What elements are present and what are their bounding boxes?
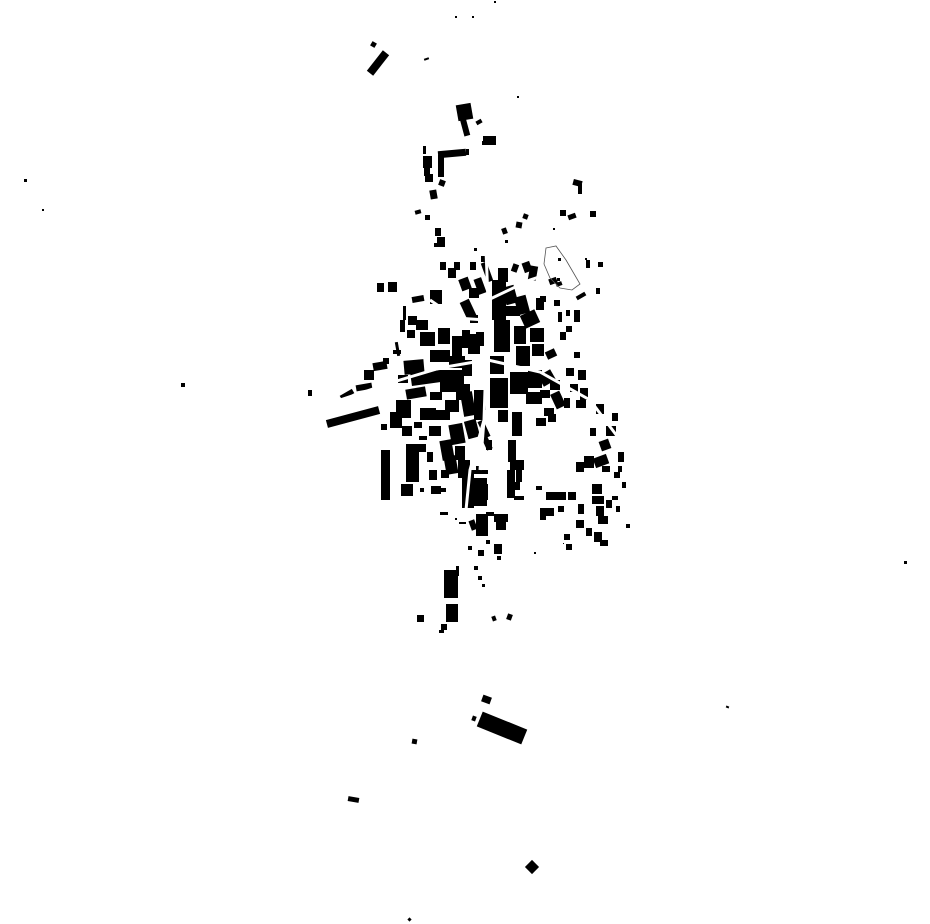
building-footprint [402,426,412,436]
building-footprint [526,392,542,404]
building-footprint [558,506,564,512]
building-footprint [381,424,387,430]
building-footprint [578,370,586,380]
building-footprint [476,514,488,536]
building-footprint [553,228,555,230]
building-footprint [418,444,426,452]
building-footprint [498,410,508,422]
building-footprint [456,566,459,576]
building-footprint [516,470,522,482]
building-footprint [574,352,580,358]
building-footprint [427,452,433,462]
building-footprint [532,344,544,356]
building-footprint [490,378,508,408]
building-footprint [566,310,570,316]
building-footprint [452,372,460,384]
building-footprint [510,372,528,394]
building-footprint [574,310,580,322]
building-footprint [430,350,450,362]
building-footprint [590,211,596,217]
building-footprint [407,330,415,338]
building-footprint [566,368,574,376]
building-footprint [602,466,610,472]
building-footprint [578,504,584,514]
building-footprint [616,506,620,512]
building-footprint [439,630,444,633]
building-footprint [506,306,520,316]
building-footprint [494,514,508,522]
building-footprint [498,268,508,282]
building-footprint [452,336,462,356]
building-footprint [388,282,397,292]
building-footprint [423,156,432,168]
building-footprint [490,356,504,374]
building-footprint [530,328,544,342]
building-footprint [540,390,550,398]
building-footprint [423,146,426,154]
building-footprint [563,543,564,544]
building-footprint [478,576,482,580]
building-footprint [417,615,424,622]
building-footprint [540,508,554,516]
building-footprint [434,243,439,247]
figure-ground-map [0,0,930,924]
building-footprint [472,16,474,18]
building-footprint [536,418,546,426]
building-footprint [596,288,600,294]
parcel-marker [558,258,561,261]
building-footprint [596,506,604,516]
building-footprint [440,488,446,492]
building-footprint [42,209,44,211]
building-footprint [459,522,466,524]
building-footprint [468,546,472,550]
building-footprint [554,300,560,306]
building-footprint [441,624,447,630]
building-footprint [586,528,592,536]
building-footprint [576,400,586,408]
building-footprint [586,260,590,268]
building-footprint [393,350,401,354]
building-footprint [584,456,594,468]
building-footprint [622,482,626,488]
building-footprint [600,540,608,546]
building-footprint [592,484,602,494]
building-footprint [476,332,484,346]
building-footprint [414,422,422,428]
building-footprint [24,179,27,182]
building-footprint [618,452,624,462]
building-footprint [420,332,435,346]
building-footprint [401,484,413,496]
building-footprint [510,460,524,470]
building-footprint [429,426,441,436]
building-footprint [494,320,510,352]
building-footprint [308,390,312,396]
building-footprint [408,316,417,325]
building-footprint [494,544,502,554]
building-footprint [626,524,630,528]
building-footprint [560,332,566,340]
building-footprint [377,283,384,292]
building-footprint [406,444,419,482]
building-footprint [496,522,506,530]
building-footprint [558,312,562,322]
building-footprint [540,296,546,302]
building-footprint [445,400,459,412]
building-footprint [534,552,536,554]
building-footprint [466,149,469,155]
building-footprint [564,398,570,408]
building-footprint [482,484,488,500]
building-footprint [420,488,424,492]
building-footprint [576,520,584,528]
building-footprint [585,258,587,260]
building-footprint [592,496,604,504]
building-footprint [560,210,566,216]
building-footprint [455,518,457,520]
building-footprint [430,392,442,400]
building-footprint [514,482,520,490]
building-footprint [440,262,446,270]
building-footprint [618,466,622,472]
building-footprint [508,440,516,462]
building-footprint [470,262,476,270]
building-footprint [517,96,519,98]
building-footprint [568,492,576,500]
building-footprint [446,604,458,622]
building-footprint [483,136,496,141]
building-footprint [507,470,515,498]
building-footprint [438,155,444,177]
building-footprint [419,436,427,440]
building-footprint [474,566,478,570]
building-footprint [429,470,437,480]
building-footprint [486,540,490,544]
building-footprint-layer [0,0,930,924]
building-footprint [455,446,465,460]
building-footprint [440,512,448,515]
building-footprint [578,184,582,194]
building-footprint [425,174,433,182]
building-footprint [474,248,477,251]
building-footprint [494,1,496,3]
building-footprint [400,320,405,332]
building-footprint [403,306,406,320]
building-footprint [612,496,618,500]
building-footprint [566,544,572,550]
building-footprint [478,550,484,556]
building-footprint [546,492,566,500]
building-footprint [454,262,460,270]
building-footprint [536,486,542,490]
building-footprint [576,462,584,472]
building-footprint [420,408,436,420]
building-footprint [455,16,457,18]
building-footprint [904,561,907,564]
building-footprint [435,228,441,236]
building-footprint [482,584,485,587]
building-footprint [548,414,556,422]
building-footprint [416,320,428,330]
parcel-marker [557,278,560,281]
building-footprint [590,428,596,436]
building-footprint [564,534,570,540]
building-footprint [482,141,496,145]
building-footprint [390,412,402,428]
building-footprint [540,516,546,520]
building-footprint [505,240,508,243]
building-footprint [444,570,458,598]
building-footprint [486,440,492,450]
building-footprint [381,450,390,500]
building-footprint [516,222,523,229]
building-footprint [412,739,418,745]
building-footprint [492,280,506,320]
building-footprint [598,516,608,524]
building-footprint [614,472,620,478]
building-footprint [512,412,522,436]
building-footprint [425,215,430,220]
building-footprint [481,256,485,262]
building-footprint [431,486,441,494]
building-footprint [438,328,450,344]
building-footprint [181,383,185,387]
building-footprint [470,470,488,474]
building-footprint [516,346,530,366]
building-footprint [497,556,501,560]
building-footprint [566,326,572,332]
building-footprint [514,326,526,344]
building-footprint [364,370,374,380]
building-footprint [514,496,524,500]
building-footprint [612,413,618,421]
building-footprint [598,262,603,267]
building-footprint [606,500,612,508]
